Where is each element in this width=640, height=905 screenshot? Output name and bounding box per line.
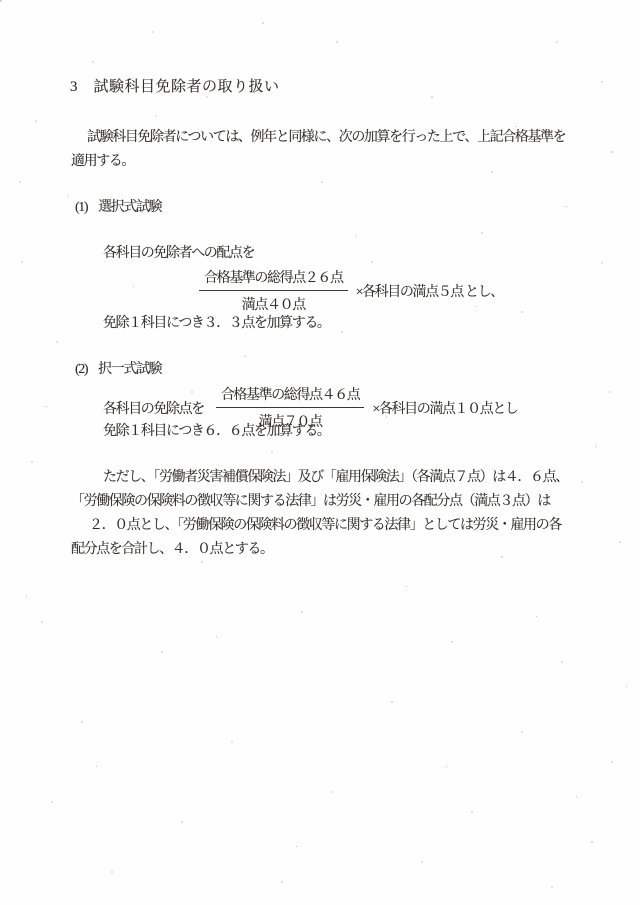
intro-paragraph-line2: 適用する。 (71, 154, 134, 170)
fraction-numerator: 合格基準の総得点４６点 (216, 384, 365, 408)
note-paragraph-line2: 「労働保険の保険料の徴収等に関する法律」は労災・雇用の各配分点（満点３点）は (71, 494, 550, 510)
subsection-1-title: 選択式試験 (98, 200, 161, 215)
fraction-numerator: 合格基準の総得点２６点 (199, 267, 348, 291)
subsection-2-addition-rule: 免除１科目につき６．６点を加算する。 (103, 424, 330, 440)
subsection-1-formula: 合格基準の総得点２６点 満点４０点 ×各科目の満点５点 とし、 (199, 267, 503, 314)
subsection-2-heading: (2)択一式試験 (75, 362, 161, 378)
formula-multiplier: ×各科目の満点５点 とし、 (356, 281, 503, 301)
fraction: 合格基準の総得点２６点 満点４０点 (199, 267, 348, 314)
scanned-document-page: 3 試験科目免除者の取り扱い 試験科目免除者については、例年と同様に、次の加算を… (0, 0, 640, 905)
fraction-denominator: 満点４０点 (199, 291, 348, 314)
note-paragraph-line3: ２．０点とし、「労働保険の保険料の徴収等に関する法律」としては労災・雇用の各 (89, 518, 561, 534)
section-heading: 3 試験科目免除者の取り扱い (70, 79, 280, 96)
note-paragraph-line4: 配分点を合計し、４．０点とする。 (71, 542, 273, 558)
note-paragraph-line1: ただし、「労働者災害補償保険法」及び「雇用保険法」（各満点７点）は４．６点、 (103, 470, 568, 486)
subsection-1-lead: 各科目の免除者への配点を (103, 246, 254, 262)
subsection-1-heading: (1)選択式試験 (75, 200, 161, 216)
subsection-1-addition-rule: 免除１科目につき３．３点を加算する。 (103, 316, 330, 332)
subsection-2-label: (2) (75, 362, 87, 377)
subsection-1-label: (1) (75, 200, 87, 215)
intro-paragraph-line1: 試験科目免除者については、例年と同様に、次の加算を行った上で、上記合格基準を (87, 130, 565, 146)
formula-multiplier: ×各科目の満点１０点とし (372, 398, 517, 418)
subsection-2-title: 択一式試験 (98, 362, 161, 377)
scan-noise (0, 0, 1, 1)
formula-lead: 各科目の免除点を (103, 398, 204, 418)
